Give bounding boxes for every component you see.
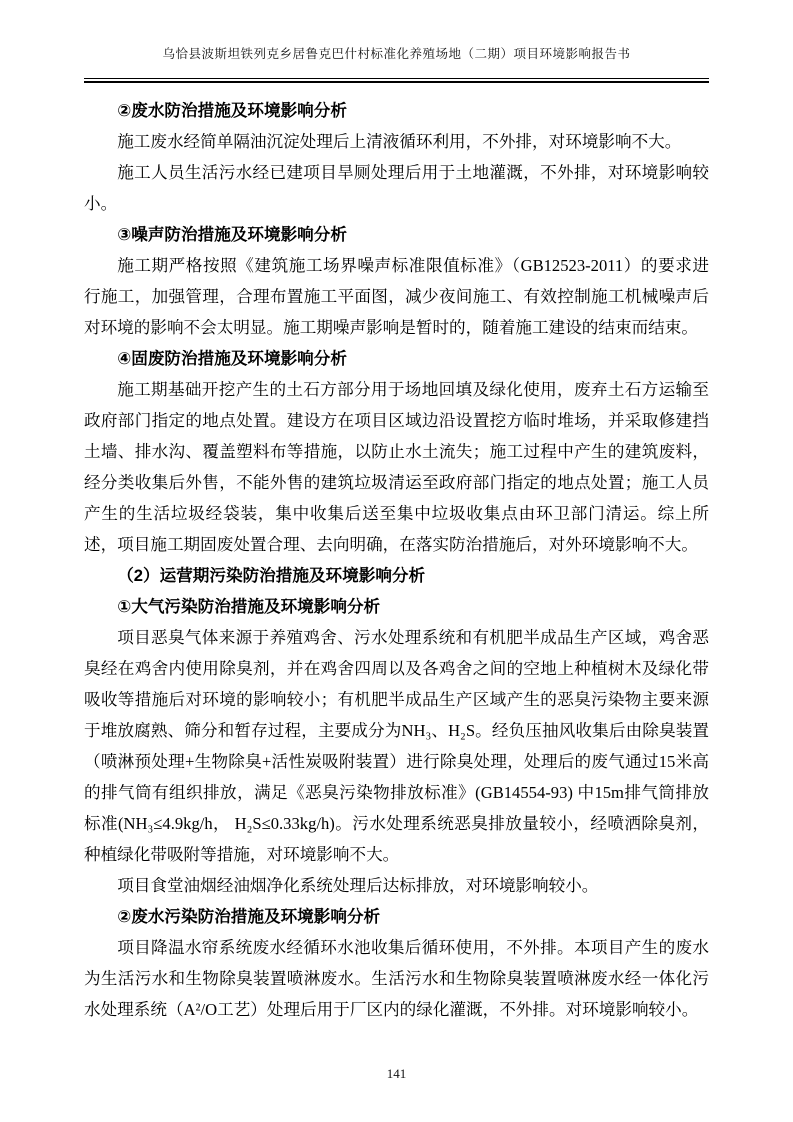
section-heading-operation-period: （2）运营期污染防治措施及环境影响分析 — [84, 560, 709, 591]
section-heading-operation-wastewater: ②废水污染防治措施及环境影响分析 — [84, 901, 709, 932]
section-heading-air-pollution: ①大气污染防治措施及环境影响分析 — [84, 591, 709, 622]
section-heading-solid-waste: ④固废防治措施及环境影响分析 — [84, 343, 709, 374]
paragraph-air-pollution: 项目恶臭气体来源于养殖鸡舍、污水处理系统和有机肥半成品生产区域，鸡舍恶臭经在鸡舍… — [84, 622, 709, 870]
page-header: 乌恰县波斯坦铁列克乡居鲁克巴什村标准化养殖场地（二期）项目环境影响报告书 — [0, 0, 793, 83]
document-body: ②废水防治措施及环境影响分析 施工废水经简单隔油沉淀处理后上清液循环利用，不外排… — [84, 95, 709, 1025]
paragraph-solid-waste: 施工期基础开挖产生的土石方部分用于场地回填及绿化使用，废弃土石方运输至政府部门指… — [84, 374, 709, 560]
page-number: 141 — [387, 1066, 407, 1081]
report-page: 乌恰县波斯坦铁列克乡居鲁克巴什村标准化养殖场地（二期）项目环境影响报告书 ②废水… — [0, 0, 793, 1122]
header-double-rule — [84, 78, 709, 83]
page-footer: 141 — [0, 1066, 793, 1082]
section-heading-construction-wastewater: ②废水防治措施及环境影响分析 — [84, 95, 709, 126]
paragraph-operation-wastewater: 项目降温水帘系统废水经循环水池收集后循环使用，不外排。本项目产生的废水为生活污水… — [84, 932, 709, 1025]
paragraph-construction-wastewater-2: 施工人员生活污水经已建项目旱厕处理后用于土地灌溉，不外排，对环境影响较小。 — [84, 157, 709, 219]
paragraph-noise: 施工期严格按照《建筑施工场界噪声标准限值标准》（GB12523-2011）的要求… — [84, 250, 709, 343]
paragraph-construction-wastewater-1: 施工废水经简单隔油沉淀处理后上清液循环利用，不外排，对环境影响不大。 — [84, 126, 709, 157]
paragraph-canteen-fume: 项目食堂油烟经油烟净化系统处理后达标排放，对环境影响较小。 — [84, 870, 709, 901]
section-heading-noise: ③噪声防治措施及环境影响分析 — [84, 219, 709, 250]
report-header-title: 乌恰县波斯坦铁列克乡居鲁克巴什村标准化养殖场地（二期）项目环境影响报告书 — [84, 46, 709, 63]
